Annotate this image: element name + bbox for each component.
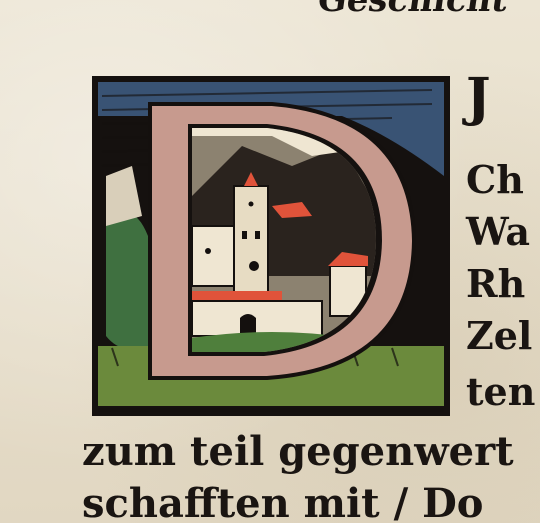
header-text-fragment: Geschicht bbox=[315, 0, 510, 20]
body-text-line-1: zum teil gegenwert bbox=[82, 428, 514, 475]
side-text-line-1: J bbox=[466, 78, 491, 118]
side-text-line-3: Wa bbox=[466, 212, 530, 252]
side-text-line-5: Zel bbox=[466, 316, 532, 356]
side-text-line-2: Ch bbox=[466, 160, 524, 200]
illuminated-initial-d bbox=[92, 76, 450, 416]
side-text-line-4: Rh bbox=[466, 264, 525, 304]
woodcut-illustration bbox=[92, 76, 450, 416]
side-text-line-6: ten bbox=[466, 372, 535, 412]
body-text-line-2: schafften mit / Do bbox=[82, 480, 483, 523]
